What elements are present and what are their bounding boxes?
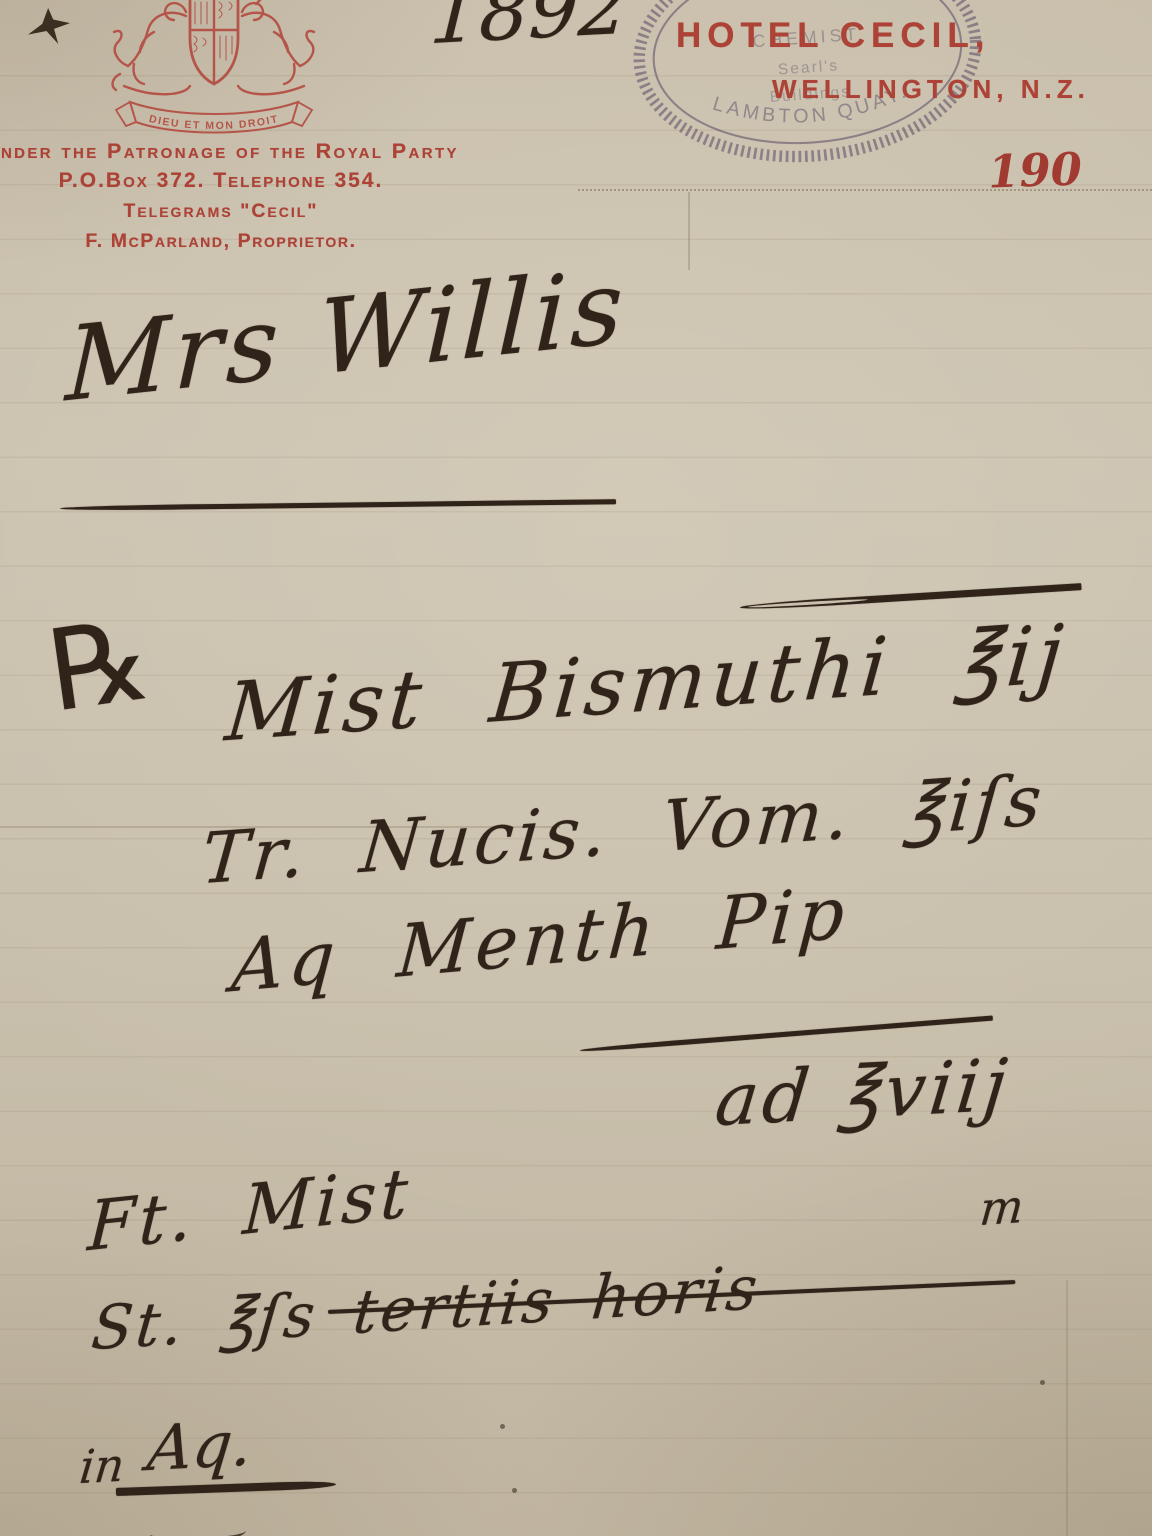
prescription-line-2: Tr. Nucis. Vom. ℥iſs — [198, 759, 1048, 901]
ink-mark-bottom — [150, 1522, 246, 1536]
underline-stroke — [60, 499, 616, 511]
prescription-line-4: ad ℥viij — [712, 1042, 1015, 1142]
ink-speck — [1040, 1380, 1045, 1385]
letter-page: CHEMIST Searl's Buildings LAMBTON QUAY. — [0, 0, 1152, 1536]
paper-crease — [688, 192, 690, 270]
directions-line-3-aq: Aq. — [144, 1406, 256, 1485]
ink-speck — [512, 1488, 517, 1493]
directions-line-3-in: in — [77, 1437, 127, 1494]
ink-dash-stroke — [740, 583, 1082, 611]
hotel-name: HOTEL CECIL, — [676, 16, 990, 56]
letterhead-text-block: Under the Patronage of the Royal Party P… — [0, 136, 462, 256]
telegrams-line: Telegrams "Cecil" — [0, 196, 462, 226]
paper-crease — [1066, 1280, 1068, 1536]
ink-speck — [500, 1424, 505, 1429]
paper-hole — [28, 8, 70, 44]
proprietor-line: F. McParland, Proprietor. — [0, 226, 462, 256]
date-year-prefix: 190 — [987, 142, 1083, 198]
handwritten-year: 1892 — [428, 0, 631, 62]
prescription-line-1: Mist Bismuthi ℥ij — [222, 607, 1071, 760]
misce-mark: m — [978, 1179, 1026, 1237]
directions-line-1: Ft. Mist — [86, 1154, 414, 1268]
patient-name: Mrs Willis — [64, 247, 629, 426]
patronage-line: Under the Patronage of the Royal Party — [0, 136, 462, 166]
contact-line: P.O.Box 372. Telephone 354. — [0, 166, 462, 196]
hotel-city: WELLINGTON, N.Z. — [772, 74, 1090, 105]
rx-symbol: ℞ — [41, 595, 159, 738]
royal-crest-icon: DIEU ET MON DROIT — [90, 0, 338, 142]
